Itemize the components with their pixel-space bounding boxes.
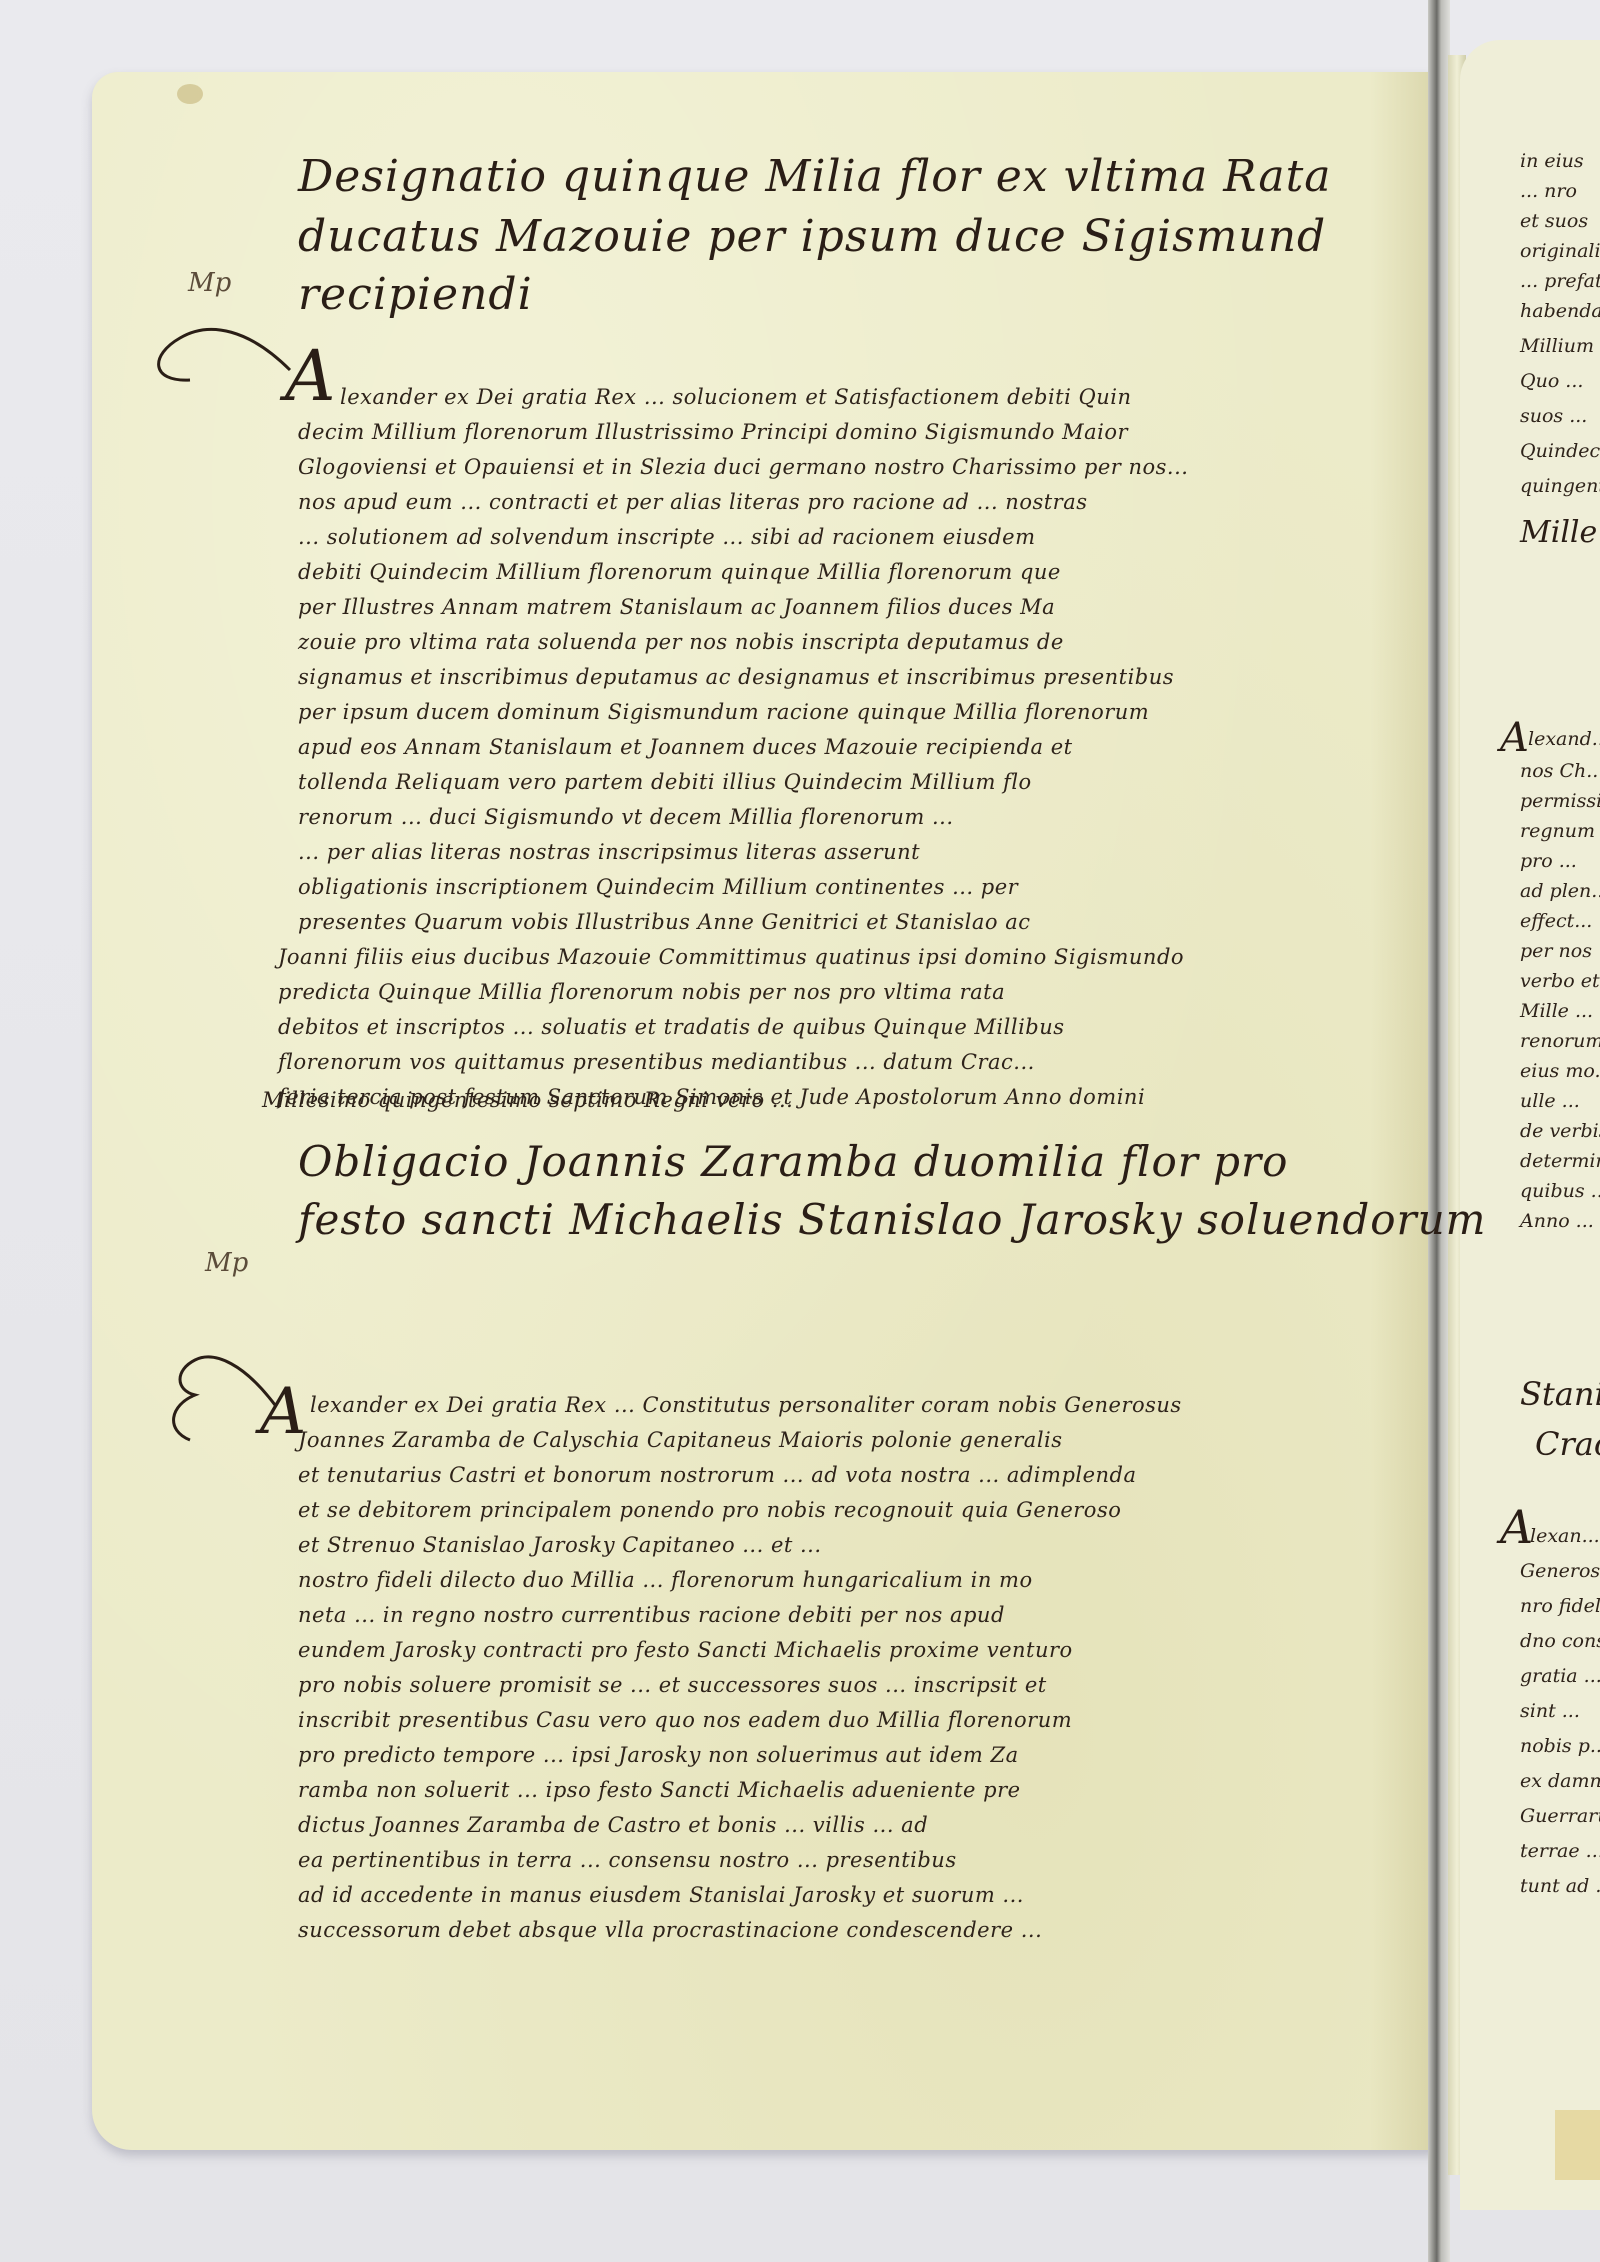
text-fragment: permissio... bbox=[1520, 790, 1600, 812]
text-fragment: lexand... bbox=[1528, 728, 1600, 750]
text-line: predicta Quinque Millia florenorum nobis… bbox=[278, 980, 1005, 1004]
text-line: florenorum vos quittamus presentibus med… bbox=[278, 1050, 1035, 1074]
text-fragment: originali bbox=[1520, 240, 1600, 262]
text-line: obligationis inscriptionem Quindecim Mil… bbox=[298, 875, 1018, 899]
text-fragment: Stani... bbox=[1520, 1375, 1600, 1413]
text-line: Millesimo quingentesimo septimo Regni ve… bbox=[262, 1088, 793, 1112]
text-fragment: regnum bbox=[1520, 820, 1595, 842]
text-line: tollenda Reliquam vero partem debiti ill… bbox=[298, 770, 1032, 794]
text-line: apud eos Annam Stanislaum et Joannem duc… bbox=[298, 735, 1073, 759]
text-fragment: gratia ... bbox=[1520, 1665, 1600, 1687]
text-fragment: ... prefato bbox=[1520, 270, 1600, 292]
text-fragment: ad plen... bbox=[1520, 880, 1600, 902]
text-line: ... solutionem ad solvendum inscripte ..… bbox=[298, 525, 1035, 549]
text-fragment: effect... bbox=[1520, 910, 1592, 932]
text-fragment: nro fideli bbox=[1520, 1595, 1600, 1617]
text-line: renorum ... duci Sigismundo vt decem Mil… bbox=[298, 805, 954, 829]
text-line: ramba non soluerit ... ipso festo Sancti… bbox=[298, 1778, 1021, 1802]
text-fragment: quibus ... bbox=[1520, 1180, 1600, 1202]
text-line: ad id accedente in manus eiusdem Stanisl… bbox=[298, 1883, 1024, 1907]
text-line: Glogoviensi et Opauiensi et in Slezia du… bbox=[298, 455, 1188, 479]
text-line: presentes Quarum vobis Illustribus Anne … bbox=[298, 910, 1030, 934]
text-fragment: determin... bbox=[1520, 1150, 1600, 1172]
text-line: inscribit presentibus Casu vero quo nos … bbox=[298, 1708, 1072, 1732]
text-fragment: Mille ... bbox=[1520, 1000, 1593, 1022]
text-fragment: tunt ad ... bbox=[1520, 1875, 1600, 1897]
text-fragment: nobis p... bbox=[1520, 1735, 1600, 1757]
text-line: ... per alias literas nostras inscripsim… bbox=[298, 840, 920, 864]
entry1-initial: A bbox=[285, 335, 336, 417]
text-fragment: pro ... bbox=[1520, 850, 1577, 872]
text-fragment: ulle ... bbox=[1520, 1090, 1580, 1112]
text-fragment: nos Ch... bbox=[1520, 760, 1600, 782]
text-fragment: Quo ... bbox=[1520, 370, 1583, 392]
text-fragment: renorum bbox=[1520, 1030, 1600, 1052]
text-line: neta ... in regno nostro currentibus rac… bbox=[298, 1603, 1005, 1627]
text-fragment: in eius bbox=[1520, 150, 1584, 172]
text-line: zouie pro vltima rata soluenda per nos n… bbox=[298, 630, 1064, 654]
text-line: debiti Quindecim Millium florenorum quin… bbox=[298, 560, 1061, 584]
text-line: successorum debet absque vlla procrastin… bbox=[298, 1918, 1042, 1942]
text-line: et tenutarius Castri et bonorum nostroru… bbox=[298, 1463, 1137, 1487]
text-line: Joanni filiis eius ducibus Mazouie Commi… bbox=[278, 945, 1184, 969]
text-fragment: terrae ... bbox=[1520, 1840, 1600, 1862]
text-line: et se debitorem principalem ponendo pro … bbox=[298, 1498, 1121, 1522]
text-line: decim Millium florenorum Illustrissimo P… bbox=[298, 420, 1128, 444]
text-fragment: Anno ... bbox=[1520, 1210, 1594, 1232]
text-fragment: Cracc... bbox=[1535, 1425, 1600, 1463]
text-fragment: habenda bbox=[1520, 300, 1600, 322]
text-fragment: dno cons... bbox=[1520, 1630, 1600, 1652]
text-line: per Illustres Annam matrem Stanislaum ac… bbox=[298, 595, 1055, 619]
text-fragment: ... nro bbox=[1520, 180, 1577, 202]
text-fragment: per nos bbox=[1520, 940, 1592, 962]
text-line: signamus et inscribimus deputamus ac des… bbox=[298, 665, 1174, 689]
right-initial: A bbox=[1500, 1500, 1533, 1554]
text-fragment: Millium bbox=[1520, 335, 1594, 357]
text-line: lexander ex Dei gratia Rex ... solucione… bbox=[340, 385, 1131, 409]
stain bbox=[177, 84, 203, 104]
text-line: Joannes Zaramba de Calyschia Capitaneus … bbox=[298, 1428, 1063, 1452]
text-line: nostro fideli dilecto duo Millia ... flo… bbox=[298, 1568, 1033, 1592]
text-line: debitos et inscriptos ... soluatis et tr… bbox=[278, 1015, 1065, 1039]
margin-note: Mp bbox=[205, 1248, 248, 1278]
text-fragment: quingent... bbox=[1520, 475, 1600, 497]
text-line: pro nobis soluere promisit se ... et suc… bbox=[298, 1673, 1047, 1697]
text-fragment: lexan... bbox=[1530, 1525, 1600, 1547]
text-fragment: Guerrarum bbox=[1520, 1805, 1600, 1827]
text-fragment: verbo et bbox=[1520, 970, 1600, 992]
text-line: nos apud eum ... contracti et per alias … bbox=[298, 490, 1088, 514]
text-line: per ipsum ducem dominum Sigismundum raci… bbox=[298, 700, 1149, 724]
text-fragment: Mille bbox=[1520, 515, 1597, 550]
text-line: pro predicto tempore ... ipsi Jarosky no… bbox=[298, 1743, 1019, 1767]
text-line: dictus Joannes Zaramba de Castro et boni… bbox=[298, 1813, 928, 1837]
margin-note: Mp bbox=[188, 268, 231, 298]
text-fragment: et suos bbox=[1520, 210, 1588, 232]
text-fragment: ex damn... bbox=[1520, 1770, 1600, 1792]
text-fragment: eius mo... bbox=[1520, 1060, 1600, 1082]
text-fragment: Quindecim bbox=[1520, 440, 1600, 462]
text-line: eundem Jarosky contracti pro festo Sanct… bbox=[298, 1638, 1073, 1662]
text-fragment: suos ... bbox=[1520, 405, 1587, 427]
text-fragment: Generosi bbox=[1520, 1560, 1600, 1582]
paper-tab bbox=[1555, 2110, 1600, 2180]
text-line: et Strenuo Stanislao Jarosky Capitaneo .… bbox=[298, 1533, 822, 1557]
right-initial: A bbox=[1500, 715, 1529, 761]
book-gutter bbox=[1428, 0, 1450, 2262]
text-line: ea pertinentibus in terra ... consensu n… bbox=[298, 1848, 957, 1872]
text-fragment: de verbis bbox=[1520, 1120, 1600, 1142]
text-fragment: sint ... bbox=[1520, 1700, 1580, 1722]
text-line: lexander ex Dei gratia Rex ... Constitut… bbox=[310, 1393, 1182, 1417]
